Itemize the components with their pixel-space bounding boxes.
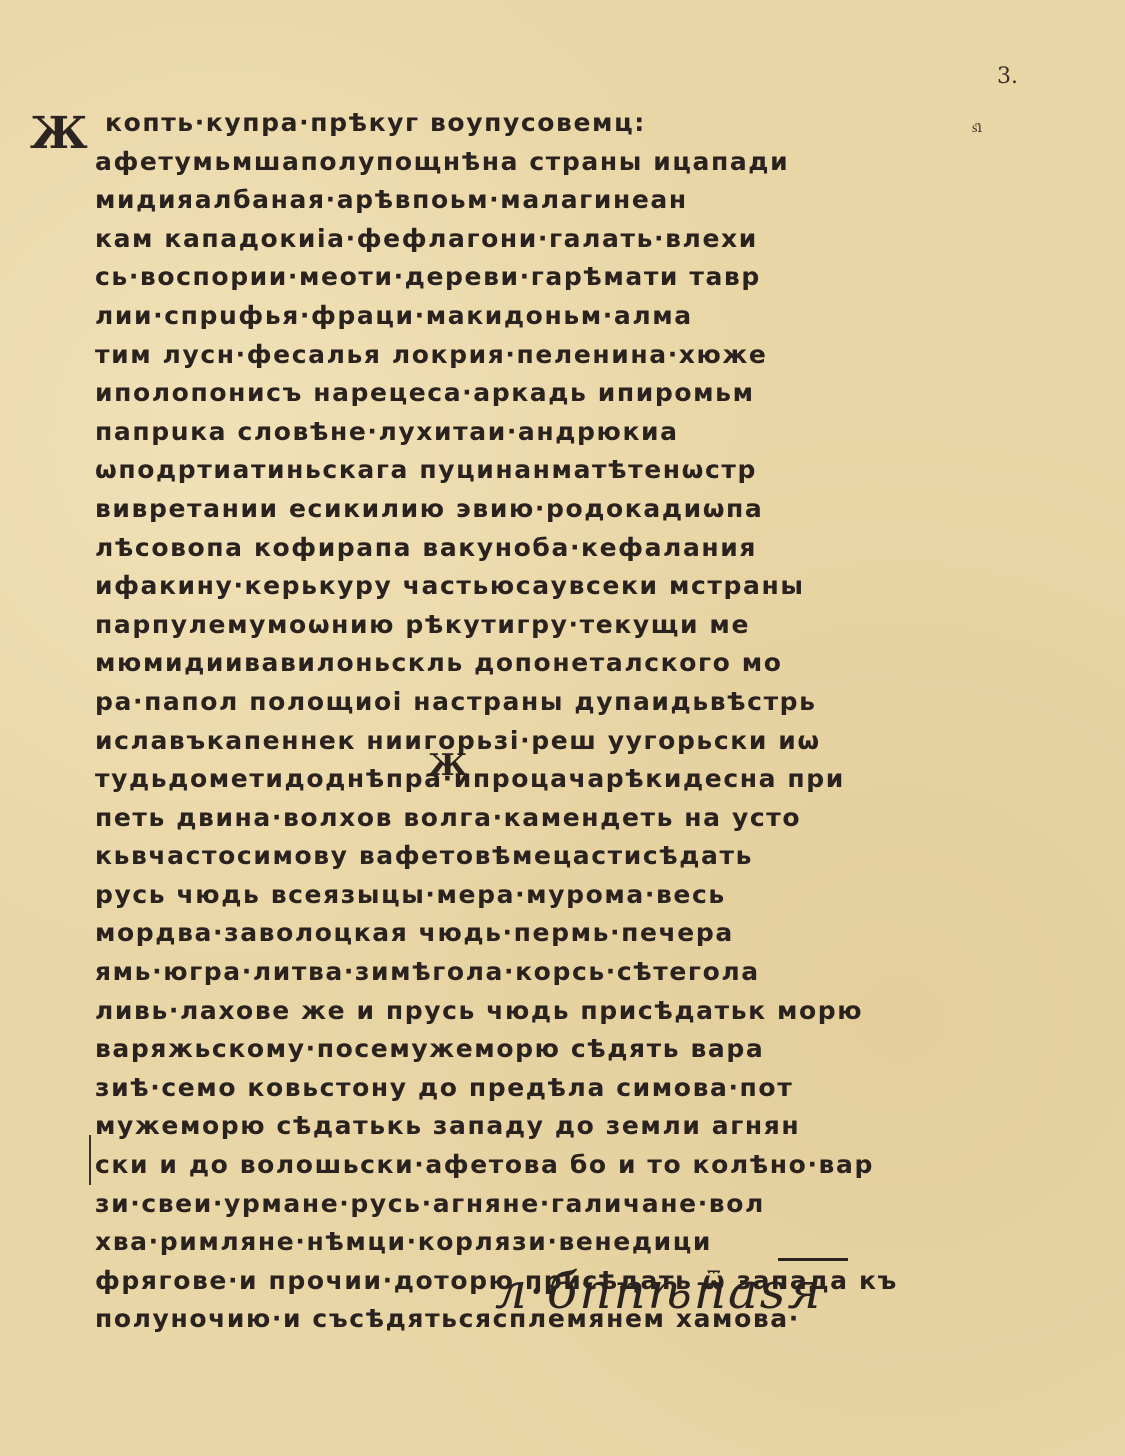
manuscript-line: варяжьскому·посемужеморю сѣдять вара	[95, 1030, 1055, 1069]
manuscript-line: зиѣ·семо ковьстону до предѣла симова·пот	[95, 1069, 1055, 1108]
manuscript-line: ски и до волошьски·афетова бо и то колѣн…	[95, 1146, 1055, 1185]
manuscript-line: мюмидиивавилоньскль допонеталского мо	[95, 644, 1055, 683]
manuscript-line: лии·спрuфья·фраци·макидоньм·алма	[95, 297, 1055, 336]
manuscript-line: петь двина·волхов волга·камендеть на уст…	[95, 799, 1055, 838]
manuscript-line: вивретании есикилию эвию·родокадиѡпа	[95, 490, 1055, 529]
manuscript-line: афетумьмшаполупощнѣна страны ицапади	[95, 143, 1055, 182]
manuscript-page: 3. ѕ҃ı Ж копть·купра·прѣкуг воупусовемц:…	[0, 0, 1125, 1456]
titlo-stroke	[778, 1258, 848, 1261]
manuscript-line: тим лусн·фесалья локрия·пеленина·хюже	[95, 336, 1055, 375]
insertion-mark-icon: Ж	[428, 748, 467, 783]
manuscript-line: ямь·югра·литва·зимѣгола·корсь·сѣтегола	[95, 953, 1055, 992]
manuscript-text-block: копть·купра·прѣкуг воупусовемц: афетумьм…	[95, 104, 1055, 1339]
manuscript-line: ра·папол полощиоі настраны дупаидьвѣстрь	[95, 683, 1055, 722]
page-number: 3.	[997, 64, 1018, 89]
margin-line	[89, 1135, 91, 1185]
manuscript-line: сь·воспории·меоти·дереви·гарѣмати тавр	[95, 258, 1055, 297]
manuscript-line: папрuка словѣне·лухитаи·андрюкиа	[95, 413, 1055, 452]
manuscript-line: кам кападокиіа·фефлагони·галать·влехи	[95, 220, 1055, 259]
manuscript-line: мордва·заволоцкая чюдь·пермь·печера	[95, 914, 1055, 953]
manuscript-line: хва·римляне·нѣмци·корлязи·венедици	[95, 1223, 1055, 1262]
manuscript-line: копть·купра·прѣкуг воупусовемц:	[95, 104, 1055, 143]
manuscript-line: ѡподртиатиньскага пуцинанматѣтенѡстр	[95, 451, 1055, 490]
manuscript-line: кьвчастосимову вафетовѣмецастисѣдать	[95, 837, 1055, 876]
manuscript-line: лѣсовопа кофирапа вакуноба·кефалания	[95, 529, 1055, 568]
manuscript-line: русь чюдь всеязыцы·мера·мурома·весь	[95, 876, 1055, 915]
manuscript-line: иславъкапеннек ниигорьзі·реш уугорьски и…	[95, 722, 1055, 761]
manuscript-line: парпулемумоѡнию рѣкутигру·текущи ме	[95, 606, 1055, 645]
paragraph-mark-icon: Ж	[30, 112, 88, 156]
manuscript-line: иполопонисъ нарецеса·аркадь ипиромьм	[95, 374, 1055, 413]
manuscript-line: мидияалбаная·арѣвпоьм·малагинеан	[95, 181, 1055, 220]
manuscript-line: тудьдометидоднѣпра·ипроцачарѣкидесна при	[95, 760, 1055, 799]
manuscript-line: мужеморю сѣдатькь западу до земли агнян	[95, 1107, 1055, 1146]
manuscript-line: зи·свеи·урмане·русь·агняне·галичане·вол	[95, 1185, 1055, 1224]
manuscript-line: ливь·лахове же и прусь чюдь присѣдатьк м…	[95, 992, 1055, 1031]
manuscript-line: ифакину·керькуру частьюсаувсеки мстраны	[95, 567, 1055, 606]
signature: л·бппѣпаѕя	[495, 1262, 823, 1320]
